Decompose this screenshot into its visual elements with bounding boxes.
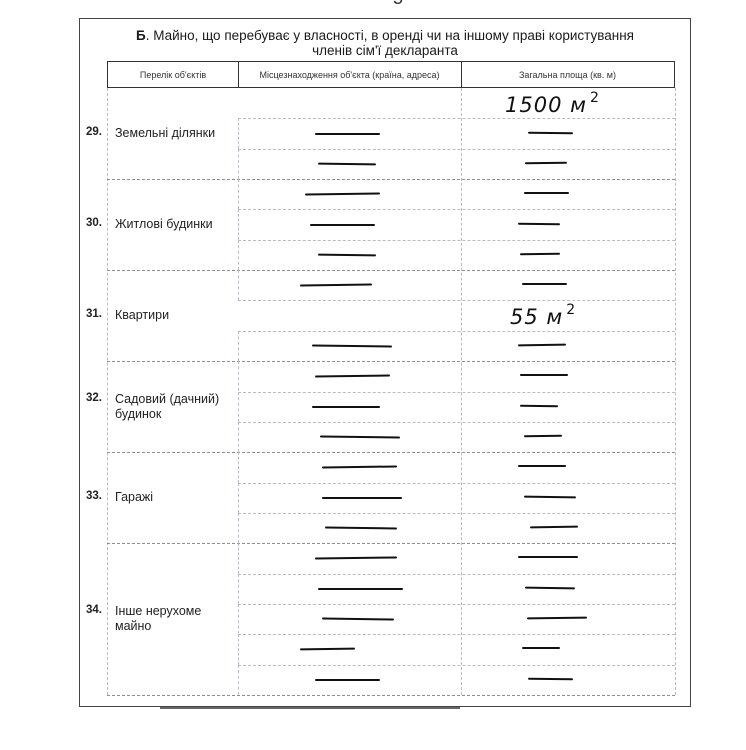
area-value-handwritten: 1500 м2 (505, 90, 600, 117)
category-divider (107, 452, 675, 453)
area-dash-mark (525, 162, 567, 165)
row-divider (238, 240, 675, 241)
title-line-2: членів сім'ї декларанта (80, 43, 690, 58)
category-number: 32. (86, 392, 102, 404)
row-divider (238, 118, 675, 119)
column-divider-location (238, 331, 239, 361)
location-dash-mark (310, 224, 375, 226)
area-value: 1500 м (505, 93, 587, 117)
area-value-handwritten: 55 м2 (510, 302, 576, 329)
column-divider-location (238, 634, 239, 664)
table-bottom-border (107, 695, 675, 696)
row-divider (238, 665, 675, 666)
row-divider (238, 634, 675, 635)
column-divider-location (238, 118, 239, 148)
section-title: Б. Майно, що перебуває у власності, в ор… (80, 28, 690, 58)
column-divider-location (238, 422, 239, 452)
area-dash-mark (522, 283, 567, 285)
column-divider-location (238, 513, 239, 543)
area-dash-mark (520, 404, 558, 407)
row-divider (238, 392, 675, 393)
area-dash-mark (528, 677, 573, 680)
area-dash-mark (524, 495, 576, 498)
row-divider (238, 149, 675, 150)
column-divider-location (238, 392, 239, 422)
category-label: Гаражі (115, 490, 235, 505)
area-value: 55 м (510, 305, 563, 329)
category-number: 31. (86, 308, 102, 320)
column-divider-location (238, 240, 239, 270)
row-divider (238, 209, 675, 210)
category-divider (107, 179, 675, 180)
section-letter: Б (136, 28, 146, 43)
category-number: 29. (86, 126, 102, 138)
row-divider (238, 422, 675, 423)
category-divider (107, 270, 675, 271)
header-objects: Перелік об'єктів (107, 61, 239, 88)
row-divider (238, 300, 675, 301)
column-divider-location (238, 483, 239, 513)
column-divider-location (238, 361, 239, 391)
area-dash-mark (525, 586, 575, 589)
row-divider (238, 483, 675, 484)
location-dash-mark (322, 497, 402, 499)
category-number: 30. (86, 217, 102, 229)
category-label: Земельні ділянки (115, 126, 235, 141)
area-unit-exponent: 2 (590, 90, 600, 106)
row-divider (238, 604, 675, 605)
page-number: 5 (393, 0, 403, 9)
title-line-1: . Майно, що перебуває у власності, в оре… (146, 28, 634, 43)
area-dash-mark (518, 465, 566, 467)
column-divider-location (238, 452, 239, 482)
category-label: Житлові будинки (115, 217, 235, 232)
category-label: Інше нерухоме майно (115, 604, 235, 634)
location-dash-mark (312, 406, 380, 408)
area-dash-mark (518, 556, 578, 558)
column-divider-location (238, 574, 239, 604)
category-label: Квартири (115, 308, 235, 323)
category-number: 33. (86, 490, 102, 502)
area-dash-mark (522, 647, 560, 649)
location-dash-mark (315, 679, 380, 681)
category-label: Садовий (дачний) будинок (115, 392, 235, 422)
row-divider (238, 331, 675, 332)
column-divider-location (238, 543, 239, 573)
area-dash-mark (528, 131, 573, 134)
category-divider (107, 543, 675, 544)
column-divider-location (238, 209, 239, 239)
area-unit-exponent: 2 (566, 302, 576, 318)
header-location: Місцезнаходження об'єкта (країна, адреса… (238, 61, 462, 88)
column-divider-location (238, 270, 239, 300)
category-divider (107, 361, 675, 362)
column-divider-location (238, 149, 239, 179)
row-divider (238, 574, 675, 575)
area-dash-mark (520, 374, 568, 376)
scan-artifact (160, 707, 460, 709)
area-dash-mark (524, 192, 569, 194)
header-area: Загальна площа (кв. м) (461, 61, 675, 88)
column-divider-location (238, 604, 239, 634)
column-divider-location (238, 665, 239, 695)
column-divider-location (238, 179, 239, 209)
table-right-border (675, 88, 676, 695)
location-dash-mark (315, 133, 380, 135)
area-dash-mark (518, 222, 560, 225)
row-divider (238, 513, 675, 514)
category-number: 34. (86, 604, 102, 616)
location-dash-mark (318, 588, 403, 590)
